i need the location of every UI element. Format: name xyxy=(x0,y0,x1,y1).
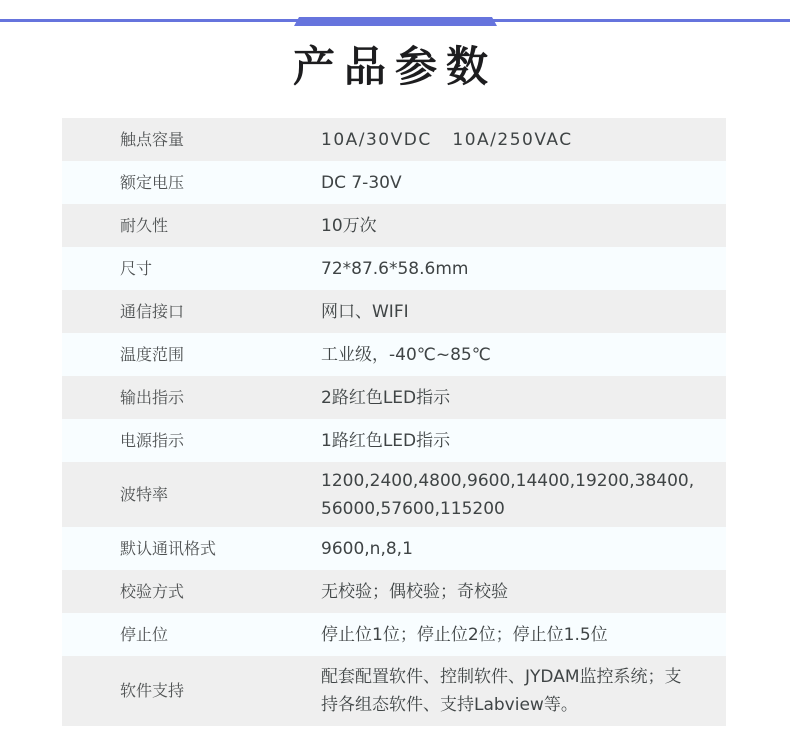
spec-label: 触点容量 xyxy=(62,128,321,152)
spec-label: 校验方式 xyxy=(62,580,321,604)
page-title: 产品参数 xyxy=(0,42,790,92)
table-row: 校验方式 无校验；偶校验；奇校验 xyxy=(62,570,726,613)
spec-value: 1路红色LED指示 xyxy=(321,427,726,455)
spec-label: 停止位 xyxy=(62,623,321,647)
spec-label: 输出指示 xyxy=(62,386,321,410)
table-row: 波特率 1200,2400,4800,9600,14400,19200,3840… xyxy=(62,462,726,527)
spec-value: 配套配置软件、控制软件、JYDAM监控系统；支 持各组态软件、支持Labview… xyxy=(321,663,726,719)
table-row: 默认通讯格式 9600,n,8,1 xyxy=(62,527,726,570)
spec-value: 停止位1位；停止位2位；停止位1.5位 xyxy=(321,621,726,649)
spec-value: 72*87.6*58.6mm xyxy=(321,255,726,283)
spec-value: 2路红色LED指示 xyxy=(321,384,726,412)
product-parameters-page: 产品参数 触点容量 10A/30VDC 10A/250VAC 额定电压 DC 7… xyxy=(0,0,790,740)
spec-label: 软件支持 xyxy=(62,679,321,703)
spec-value: 10A/30VDC 10A/250VAC xyxy=(321,126,726,154)
spec-label: 尺寸 xyxy=(62,257,321,281)
spec-value: 无校验；偶校验；奇校验 xyxy=(321,578,726,606)
table-row: 额定电压 DC 7-30V xyxy=(62,161,726,204)
table-row: 尺寸 72*87.6*58.6mm xyxy=(62,247,726,290)
spec-label: 温度范围 xyxy=(62,343,321,367)
table-row: 通信接口 网口、WIFI xyxy=(62,290,726,333)
spec-value: 1200,2400,4800,9600,14400,19200,38400, 5… xyxy=(321,467,726,523)
table-row: 输出指示 2路红色LED指示 xyxy=(62,376,726,419)
spec-label: 耐久性 xyxy=(62,214,321,238)
spec-label: 额定电压 xyxy=(62,171,321,195)
table-row: 电源指示 1路红色LED指示 xyxy=(62,419,726,462)
spec-value: 9600,n,8,1 xyxy=(321,535,726,563)
divider-accent-bar xyxy=(294,17,497,26)
spec-label: 默认通讯格式 xyxy=(62,537,321,561)
spec-value: DC 7-30V xyxy=(321,169,726,197)
spec-value: 工业级，-40℃~85℃ xyxy=(321,341,726,369)
table-row: 温度范围 工业级，-40℃~85℃ xyxy=(62,333,726,376)
spec-table: 触点容量 10A/30VDC 10A/250VAC 额定电压 DC 7-30V … xyxy=(62,118,726,726)
spec-value: 网口、WIFI xyxy=(321,298,726,326)
table-row: 软件支持 配套配置软件、控制软件、JYDAM监控系统；支 持各组态软件、支持La… xyxy=(62,656,726,726)
spec-label: 电源指示 xyxy=(62,429,321,453)
spec-label: 波特率 xyxy=(62,483,321,507)
spec-value: 10万次 xyxy=(321,212,726,240)
table-row: 耐久性 10万次 xyxy=(62,204,726,247)
table-row: 停止位 停止位1位；停止位2位；停止位1.5位 xyxy=(62,613,726,656)
header-divider xyxy=(0,0,790,30)
table-row: 触点容量 10A/30VDC 10A/250VAC xyxy=(62,118,726,161)
spec-label: 通信接口 xyxy=(62,300,321,324)
